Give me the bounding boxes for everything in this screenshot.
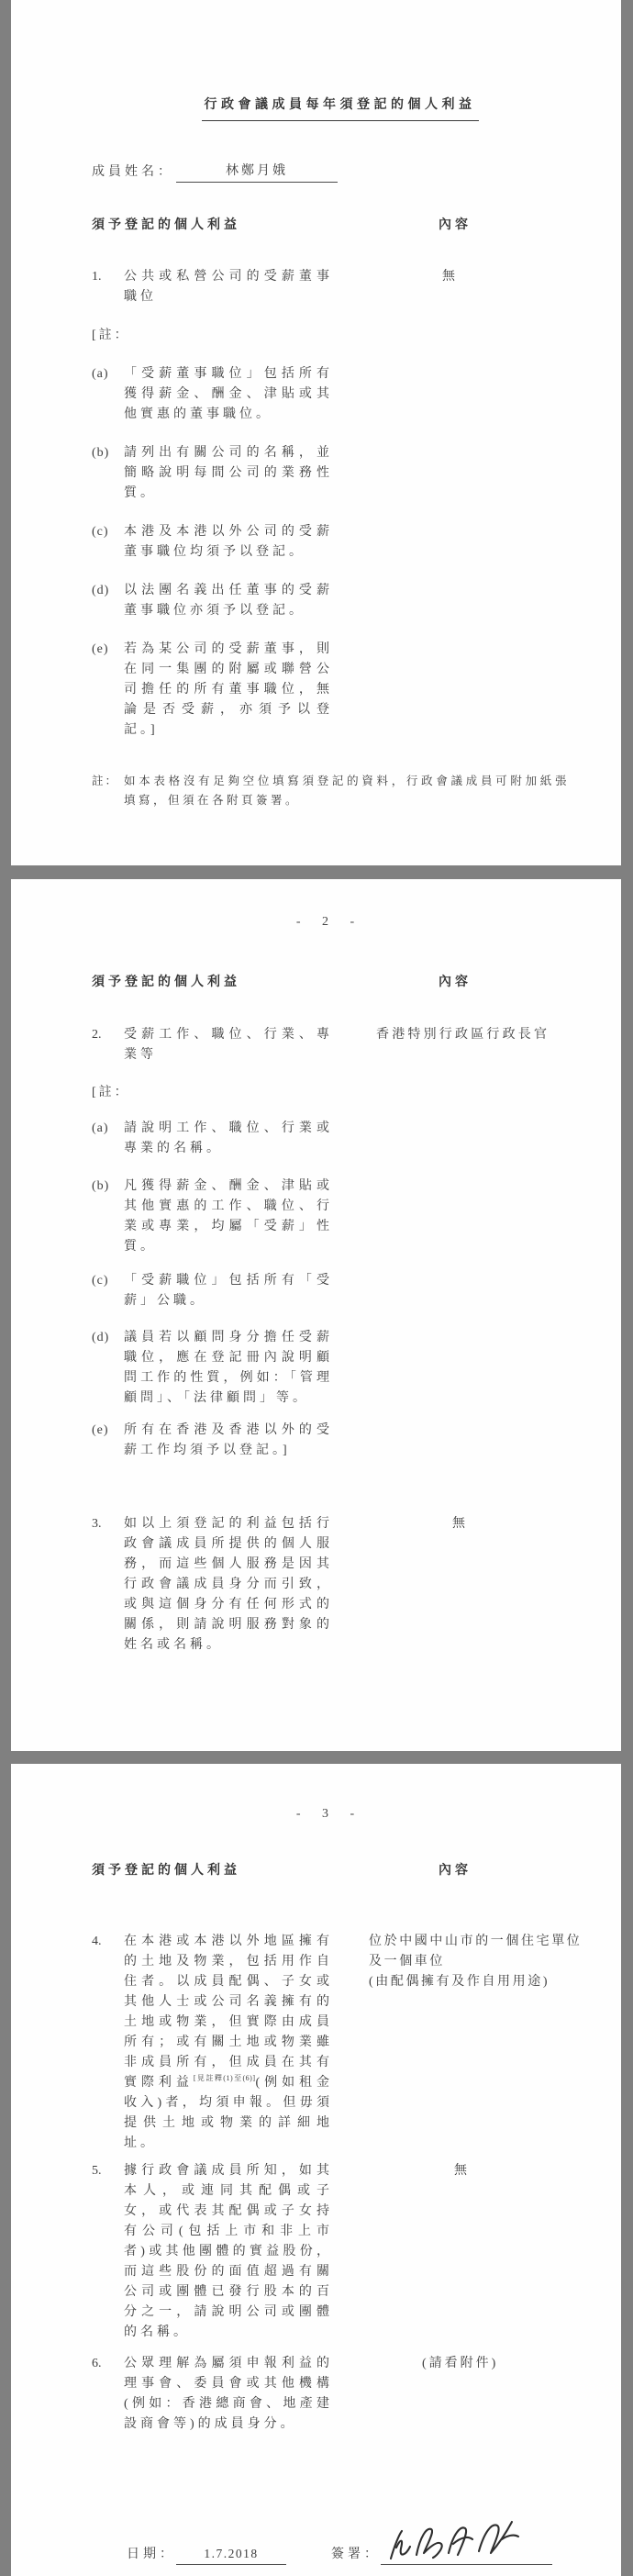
item-3-content: 無: [367, 1514, 587, 1534]
item-6-row: 6. 公眾理解為屬須申報利益的理事會、委員會或其他機構(例如：香港總商會、地產建…: [92, 2354, 621, 2435]
item-6-text: 公眾理解為屬須申報利益的理事會、委員會或其他機構(例如：香港總商會、地產建設商會…: [124, 2354, 333, 2435]
item-4-text-main: 在本港或本港以外地區擁有的土地及物業，包括用作自住者。以成員配偶、子女或其他人士…: [124, 1935, 333, 2090]
header-registrable-interests: 須予登記的個人利益: [92, 216, 367, 236]
item-5-content: 無: [367, 2161, 587, 2181]
date-label: 日期：: [127, 2545, 176, 2565]
note-b-row: (b) 凡獲得薪金、酬金、津貼或其他實惠的工作、職位、行業或專業，均屬「受薪」性…: [92, 1176, 621, 1257]
notes-opening: [註：: [92, 326, 621, 346]
item-1-content: 無: [367, 267, 587, 287]
item-4-text: 在本港或本港以外地區擁有的土地及物業，包括用作自住者。以成員配偶、子女或其他人士…: [124, 1932, 333, 2154]
item-2-number: 2.: [92, 1025, 124, 1045]
item-4-content-line-3: (由配偶擁有及作自用用途): [369, 1972, 598, 1992]
date-value: 1.7.2018: [176, 2544, 286, 2565]
column-headers: 須予登記的個人利益 內容: [92, 1861, 621, 1881]
note-c-text: 「受薪職位」包括所有「受薪」公職。: [124, 1271, 333, 1311]
note-c-row: (c) 本港及本港以外公司的受薪董事職位均須予以登記。: [92, 522, 621, 563]
note-c-text: 本港及本港以外公司的受薪董事職位均須予以登記。: [124, 522, 333, 563]
form-footnote: 註： 如本表格沒有足夠空位填寫須登記的資料，行政會議成員可附加紙張填寫，但須在各…: [92, 772, 621, 810]
note-c-label: (c): [92, 522, 124, 542]
member-name-value: 林鄭月娥: [176, 162, 338, 183]
member-name-field: 成員姓名： 林鄭月娥: [92, 162, 621, 183]
item-3-row: 3. 如以上須登記的利益包括行政會議成員所提供的個人服務，而這些個人服務是因其行…: [92, 1514, 621, 1656]
header-registrable-interests: 須予登記的個人利益: [92, 973, 367, 993]
note-e-label: (e): [92, 1421, 124, 1441]
scanned-document-viewer: 行政會議成員每年須登記的個人利益 成員姓名： 林鄭月娥 須予登記的個人利益 內容…: [0, 0, 633, 2576]
item-5-text: 據行政會議成員所知，如其本人，或連同其配偶或子女，或代表其配偶或子女持有公司(包…: [124, 2161, 333, 2343]
item-5-number: 5.: [92, 2161, 124, 2181]
handwritten-signature: [384, 2511, 522, 2570]
note-d-row: (d) 以法團名義出任董事的受薪董事職位亦須予以登記。: [92, 581, 621, 621]
note-e-text: 若為某公司的受薪董事，則在同一集團的附屬或聯營公司擔任的所有董事職位，無論是否受…: [124, 640, 333, 741]
footnote-label: 註：: [92, 772, 124, 810]
page-2: - 2 - 須予登記的個人利益 內容 2. 受薪工作、職位、行業、專業等 香港特…: [11, 879, 621, 1751]
note-d-row: (d) 議員若以顧問身分擔任受薪職位，應在登記冊內說明顧問工作的性質，例如：「管…: [92, 1328, 621, 1409]
item-5-row: 5. 據行政會議成員所知，如其本人，或連同其配偶或子女，或代表其配偶或子女持有公…: [92, 2161, 621, 2343]
document-title-row: 行政會議成員每年須登記的個人利益: [11, 95, 621, 121]
note-d-text: 以法團名義出任董事的受薪董事職位亦須予以登記。: [124, 581, 333, 621]
page-2-number: - 2 -: [11, 912, 621, 932]
item-2-text: 受薪工作、職位、行業、專業等: [124, 1025, 333, 1065]
note-a-row: (a) 「受薪董事職位」包括所有獲得薪金、酬金、津貼或其他實惠的董事職位。: [92, 364, 621, 425]
note-b-text: 凡獲得薪金、酬金、津貼或其他實惠的工作、職位、行業或專業，均屬「受薪」性質。: [124, 1176, 333, 1257]
document-title: 行政會議成員每年須登記的個人利益: [202, 95, 479, 121]
header-registrable-interests: 須予登記的個人利益: [92, 1861, 367, 1881]
notes-opening: [註：: [92, 1083, 621, 1103]
page-3: - 3 - 須予登記的個人利益 內容 4. 在本港或本港以外地區擁有的土地及物業…: [11, 1764, 621, 2576]
item-6-number: 6.: [92, 2354, 124, 2374]
note-a-label: (a): [92, 1119, 124, 1139]
member-name-label: 成員姓名：: [92, 162, 174, 183]
item-6-content: (請看附件): [367, 2354, 587, 2374]
item-4-row: 4. 在本港或本港以外地區擁有的土地及物業，包括用作自住者。以成員配偶、子女或其…: [92, 1932, 621, 2154]
date-signature-row: 日期： 1.7.2018 簽署：: [127, 2544, 621, 2565]
footnote-text: 如本表格沒有足夠空位填寫須登記的資料，行政會議成員可附加紙張填寫，但須在各附頁簽…: [124, 772, 570, 810]
item-2-row: 2. 受薪工作、職位、行業、專業等 香港特別行政區行政長官: [92, 1025, 621, 1065]
item-1-row: 1. 公共或私營公司的受薪董事職位 無: [92, 267, 621, 307]
note-e-row: (e) 若為某公司的受薪董事，則在同一集團的附屬或聯營公司擔任的所有董事職位，無…: [92, 640, 621, 741]
header-content: 內容: [439, 216, 472, 236]
item-4-content-line-1: 位於中國中山市的一個住宅單位: [369, 1932, 598, 1952]
note-d-label: (d): [92, 1328, 124, 1348]
note-e-row: (e) 所有在香港及香港以外的受薪工作均須予以登記。]: [92, 1421, 621, 1461]
item-3-number: 3.: [92, 1514, 124, 1534]
signature-label: 簽署：: [331, 2545, 381, 2565]
item-1-number: 1.: [92, 267, 124, 287]
header-content: 內容: [439, 1861, 472, 1881]
note-c-label: (c): [92, 1271, 124, 1291]
item-3-text: 如以上須登記的利益包括行政會議成員所提供的個人服務，而這些個人服務是因其行政會議…: [124, 1514, 333, 1656]
note-a-text: 「受薪董事職位」包括所有獲得薪金、酬金、津貼或其他實惠的董事職位。: [124, 364, 333, 425]
item-4-content: 位於中國中山市的一個住宅單位 及一個車位 (由配偶擁有及作自用用途): [367, 1932, 598, 1992]
item-4-number: 4.: [92, 1932, 124, 1952]
note-d-text: 議員若以顧問身分擔任受薪職位，應在登記冊內說明顧問工作的性質，例如：「管理顧問」…: [124, 1328, 333, 1409]
column-headers: 須予登記的個人利益 內容: [92, 216, 621, 236]
note-c-row: (c) 「受薪職位」包括所有「受薪」公職。: [92, 1271, 621, 1311]
item-4-footnote-reference: [見註釋(1)至(6)]: [194, 2074, 256, 2082]
note-b-label: (b): [92, 443, 124, 463]
column-headers: 須予登記的個人利益 內容: [92, 973, 621, 993]
item-1-text: 公共或私營公司的受薪董事職位: [124, 267, 333, 307]
page-3-number: - 3 -: [11, 1804, 621, 1824]
note-a-text: 請說明工作、職位、行業或專業的名稱。: [124, 1119, 333, 1159]
page-1: 行政會議成員每年須登記的個人利益 成員姓名： 林鄭月娥 須予登記的個人利益 內容…: [11, 0, 621, 865]
note-d-label: (d): [92, 581, 124, 601]
note-a-row: (a) 請說明工作、職位、行業或專業的名稱。: [92, 1119, 621, 1159]
note-a-label: (a): [92, 364, 124, 385]
header-content: 內容: [439, 973, 472, 993]
note-e-label: (e): [92, 640, 124, 660]
signature-field: [381, 2545, 552, 2565]
item-4-content-line-2: 及一個車位: [369, 1952, 598, 1972]
note-e-text: 所有在香港及香港以外的受薪工作均須予以登記。]: [124, 1421, 333, 1461]
item-2-content: 香港特別行政區行政長官: [367, 1025, 587, 1045]
note-b-row: (b) 請列出有關公司的名稱，並簡略說明每間公司的業務性質。: [92, 443, 621, 504]
note-b-label: (b): [92, 1176, 124, 1197]
note-b-text: 請列出有關公司的名稱，並簡略說明每間公司的業務性質。: [124, 443, 333, 504]
